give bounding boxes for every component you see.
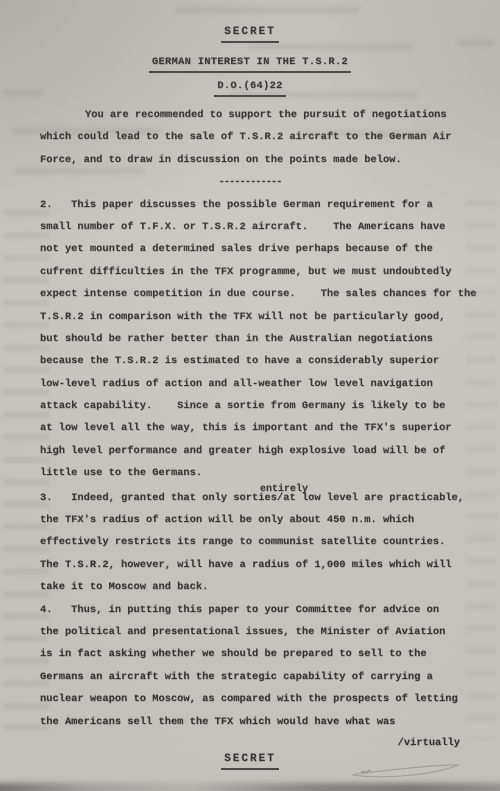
text-line: nuclear weapon to Moscow, as compared wi… (40, 688, 460, 710)
pen-scribble (348, 759, 466, 783)
text-line: the TFX's radius of action will be only … (40, 509, 460, 531)
text-line: low-level radius of action and all-weath… (40, 373, 460, 395)
insertion-caret: entirely/ (277, 492, 283, 504)
text-line: T.S.R.2 in comparison with the TFX will … (40, 306, 460, 328)
text-line: 2. This paper discusses the possible Ger… (40, 194, 460, 216)
document-title-text: GERMAN INTEREST IN THE T.S.R.2 (149, 54, 351, 73)
text-line: but should be rather better than in the … (40, 328, 460, 350)
text-segment: at low level are practicable, (283, 492, 464, 504)
bleedthrough-ghost (2, 90, 44, 96)
text-line: is in fact asking whether we should be p… (40, 643, 460, 665)
text-line: the political and presentational issues,… (40, 621, 460, 643)
document-reference-text: D.O.(64)22 (214, 78, 285, 97)
paragraph-2: 2. This paper discusses the possible Ger… (40, 194, 460, 485)
dashed-separator: ------------ (40, 171, 460, 193)
bleedthrough-ghost (458, 40, 494, 46)
text-line: expect intense competition in due course… (40, 283, 460, 305)
inserted-word: entirely (260, 479, 308, 501)
document-title: GERMAN INTEREST IN THE T.S.R.2 (40, 54, 460, 70)
text-line: not yet mounted a determined sales drive… (40, 238, 460, 260)
text-line: which could lead to the sale of T.S.R.2 … (40, 126, 460, 148)
bleedthrough-ghost (175, 7, 360, 13)
text-line: because the T.S.R.2 is estimated to have… (40, 350, 460, 372)
recommendation-paragraph: You are recommended to support the pursu… (40, 104, 460, 194)
bleedthrough-ghost-column (466, 200, 496, 740)
text-line: little use to the Germans. (40, 462, 460, 484)
text-line: Germans an aircraft with the strategic c… (40, 666, 460, 688)
text-line: cufrent difficulties in the TFX programm… (40, 261, 460, 283)
text-line: The T.S.R.2, however, will have a radius… (40, 554, 460, 576)
text-line: attack capability. Since a sortie from G… (40, 395, 460, 417)
text-line: Force, and to draw in discussion on the … (40, 149, 460, 171)
scanned-document-page: SECRET GERMAN INTEREST IN THE T.S.R.2 D.… (0, 0, 500, 791)
text-line-with-insertion: 3. Indeed, granted that only sortiesenti… (40, 487, 460, 509)
document-reference: D.O.(64)22 (40, 78, 460, 94)
text-line: effectively restricts its range to commu… (40, 531, 460, 553)
text-line: the Americans sell them the TFX which wo… (40, 711, 460, 733)
text-line: at low level all the way, this is import… (40, 417, 460, 439)
classification-header: SECRET (40, 24, 460, 40)
classification-header-text: SECRET (221, 24, 279, 43)
text-line: small number of T.F.X. or T.S.R.2 aircra… (40, 216, 460, 238)
text-line: take it to Moscow and back. (40, 576, 460, 598)
paragraph-4: 4. Thus, in putting this paper to your C… (40, 599, 460, 733)
text-line: high level performance and greater high … (40, 440, 460, 462)
page-edge-shadow (0, 783, 500, 791)
document-content: SECRET GERMAN INTEREST IN THE T.S.R.2 D.… (40, 20, 460, 767)
paragraph-3: 3. Indeed, granted that only sortiesenti… (40, 487, 460, 599)
text-segment: 3. Indeed, granted that only sorties (40, 492, 277, 504)
text-line: You are recommended to support the pursu… (40, 104, 460, 126)
text-line: 4. Thus, in putting this paper to your C… (40, 599, 460, 621)
continuation-catchword: /virtually (40, 735, 460, 751)
classification-footer-text: SECRET (221, 751, 279, 770)
